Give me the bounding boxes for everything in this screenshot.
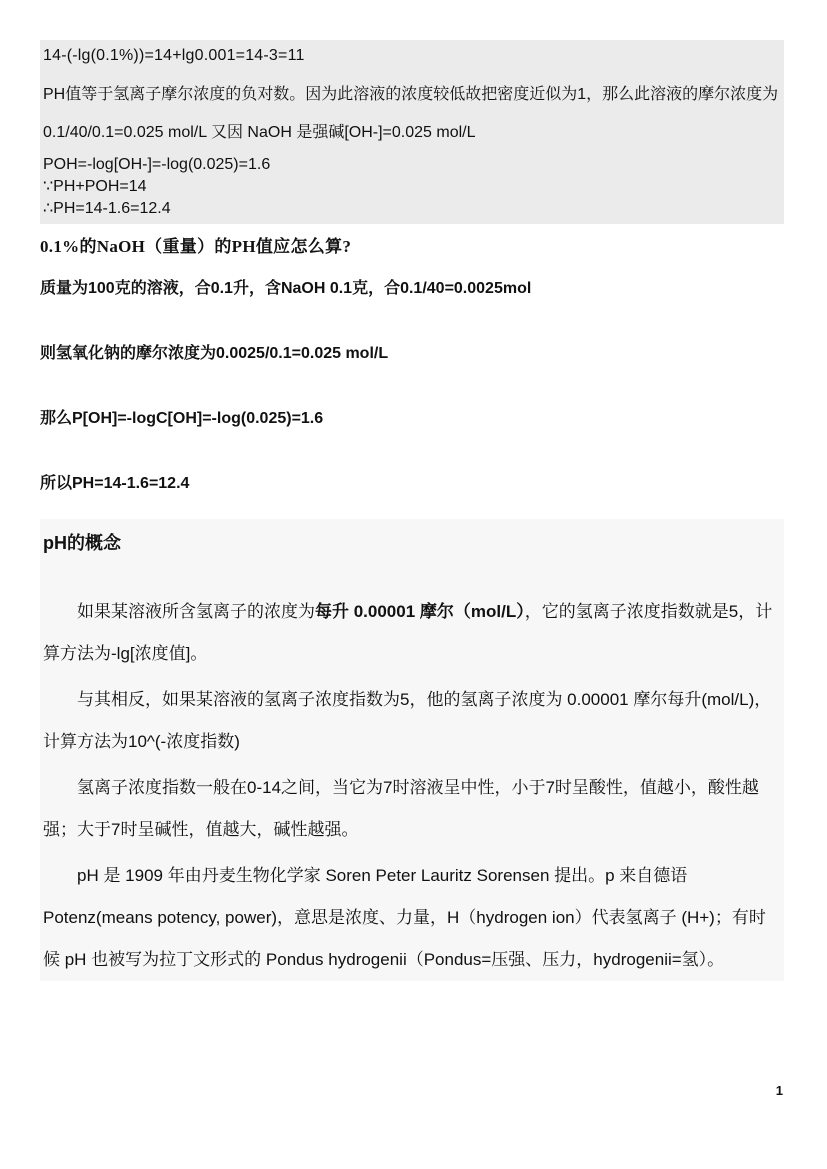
question-step-line: 则氢氧化钠的摩尔浓度为0.0025/0.1=0.025 mol/L bbox=[40, 343, 784, 365]
ph-concept-paragraph: pH 是 1909 年由丹麦生物化学家 Soren Peter Lauritz … bbox=[43, 855, 781, 981]
calc-poh-line: POH=-log[OH-]=-log(0.025)=1.6 bbox=[43, 154, 781, 176]
ph-concept-paragraph: 如果某溶液所含氢离子的浓度为每升 0.00001 摩尔（mol/L），它的氢离子… bbox=[43, 591, 781, 675]
calc-highlight-block: 14-(-lg(0.1%))=14+lg0.001=14-3=11 PH值等于氢… bbox=[40, 40, 784, 224]
ph-concept-paragraph: 氢离子浓度指数一般在0-14之间，当它为7时溶液呈中性，小于7时呈酸性，值越小，… bbox=[43, 767, 781, 851]
question-heading: 0.1%的NaOH（重量）的PH值应怎么算? bbox=[40, 236, 784, 258]
calc-formula-line: 14-(-lg(0.1%))=14+lg0.001=14-3=11 bbox=[43, 46, 781, 66]
question-section: 0.1%的NaOH（重量）的PH值应怎么算? 质量为100克的溶液，合0.1升，… bbox=[40, 236, 784, 495]
question-step-line: 那么P[OH]=-logC[OH]=-log(0.025)=1.6 bbox=[40, 408, 784, 430]
ph-concept-paragraph: 与其相反，如果某溶液的氢离子浓度指数为5，他的氢离子浓度为 0.00001 摩尔… bbox=[43, 679, 781, 763]
paragraph-text: 如果某溶液所含氢离子的浓度为 bbox=[77, 602, 315, 621]
page-number: 1 bbox=[776, 1083, 783, 1098]
document-content: 14-(-lg(0.1%))=14+lg0.001=14-3=11 PH值等于氢… bbox=[40, 0, 784, 985]
ph-concept-heading: pH的概念 bbox=[43, 531, 781, 555]
question-step-line: 所以PH=14-1.6=12.4 bbox=[40, 473, 784, 495]
paragraph-bold-text: 每升 0.00001 摩尔（mol/L） bbox=[315, 602, 525, 621]
calc-because-line: ∵PH+POH=14 bbox=[43, 176, 781, 198]
calc-explanation-paragraph: PH值等于氢离子摩尔浓度的负对数。因为此溶液的浓度较低故把密度近似为1，那么此溶… bbox=[43, 76, 781, 152]
calc-therefore-line: ∴PH=14-1.6=12.4 bbox=[43, 198, 781, 220]
ph-concept-section: pH的概念 如果某溶液所含氢离子的浓度为每升 0.00001 摩尔（mol/L）… bbox=[40, 519, 784, 981]
question-step-line: 质量为100克的溶液，合0.1升，含NaOH 0.1克，合0.1/40=0.00… bbox=[40, 278, 784, 300]
document-page: 14-(-lg(0.1%))=14+lg0.001=14-3=11 PH值等于氢… bbox=[0, 0, 827, 1169]
